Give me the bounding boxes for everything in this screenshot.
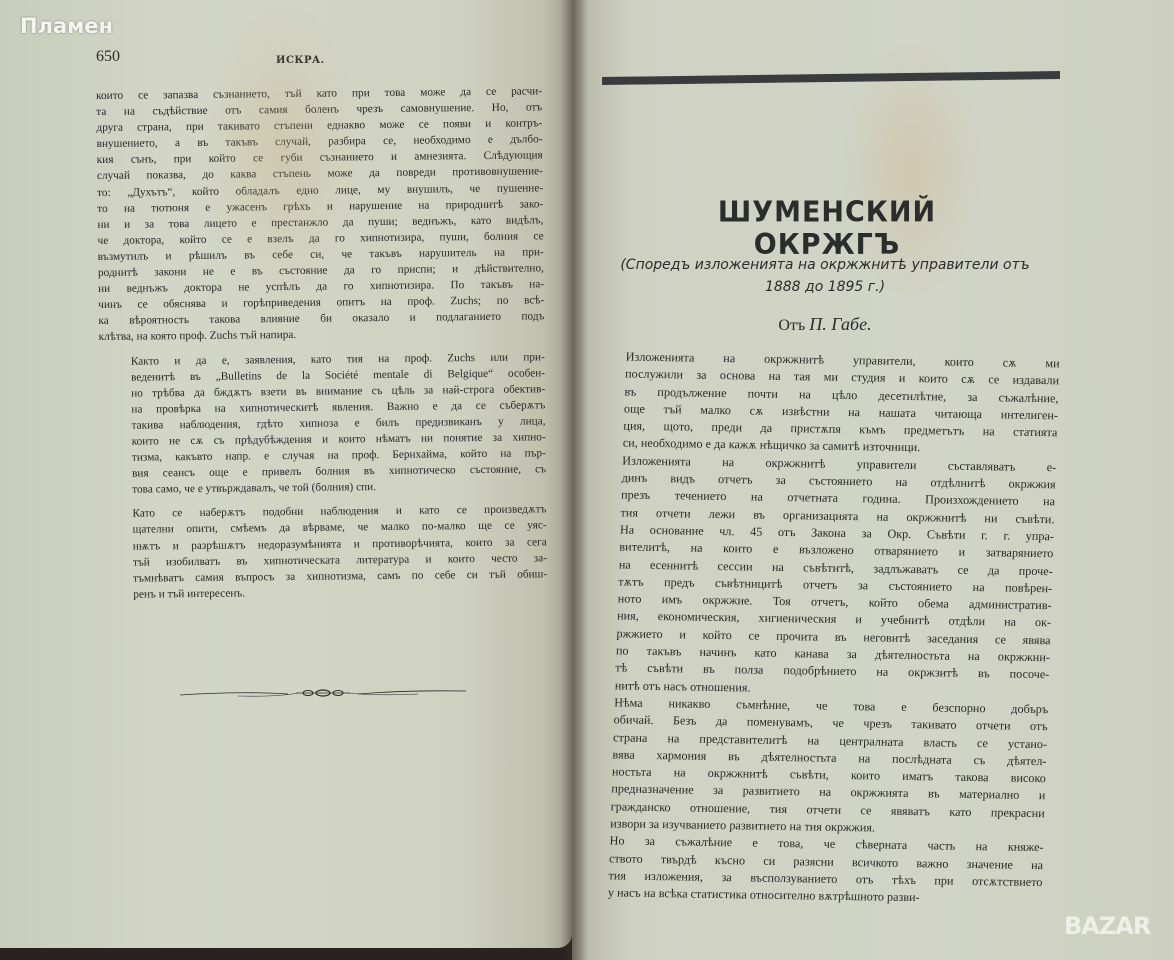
paragraph: Както и да е, заявления, като тия на про… bbox=[99, 349, 546, 499]
byline-author: П. Габе. bbox=[809, 314, 871, 334]
seller-name-watermark: Пламен bbox=[20, 14, 113, 38]
right-page-text: Изложенията на окржжнитѣ управители, кои… bbox=[574, 348, 1060, 909]
byline: Отъ П. Габе. bbox=[610, 314, 1040, 335]
paragraph: Изложенията на окржжнитѣ управители, кои… bbox=[589, 348, 1060, 459]
running-head: 650 ИСКРА. bbox=[96, 48, 556, 72]
page-number: 650 bbox=[96, 48, 120, 66]
journal-title: ИСКРА. bbox=[276, 55, 325, 66]
article-title: ШУМЕНСКИЙ ОКРЖГЪ bbox=[672, 196, 982, 261]
text-line: това само, че е утвърждавалъ, че той (бо… bbox=[100, 478, 546, 499]
byline-prefix: Отъ bbox=[778, 317, 805, 334]
bazar-logo-watermark: BAZAR bbox=[1064, 912, 1150, 940]
text-line: клѣтва, на която проф. Zuchs тъй напира. bbox=[99, 325, 545, 346]
paragraph: Нѣма никакво съмнѣние, че това е безспор… bbox=[576, 694, 1049, 840]
left-page-text: които се запазва съзнанието, тъй като пр… bbox=[96, 83, 547, 603]
paragraph: Като се наберѫтъ подобни наблюдения и ка… bbox=[100, 502, 547, 603]
left-page: 650 ИСКРА. които се запазва съзнанието, … bbox=[0, 0, 572, 948]
article-subtitle: (Споредъ изложенията на окржжнитѣ управи… bbox=[610, 254, 1040, 298]
paragraph: Но за съжалѣние е това, че сѣверната час… bbox=[574, 832, 1044, 909]
open-book-photo: 650 ИСКРА. които се запазва съзнанието, … bbox=[0, 0, 1174, 960]
paragraph: Изложенията на окржжнитѣ управители съст… bbox=[581, 452, 1057, 701]
subtitle-line: (Споредъ изложенията на окржжнитѣ управи… bbox=[610, 254, 1040, 276]
paragraph: които се запазва съзнанието, тъй като пр… bbox=[96, 83, 545, 345]
flourish-divider-icon bbox=[178, 686, 468, 700]
subtitle-line: 1888 до 1895 г.) bbox=[610, 276, 1040, 298]
